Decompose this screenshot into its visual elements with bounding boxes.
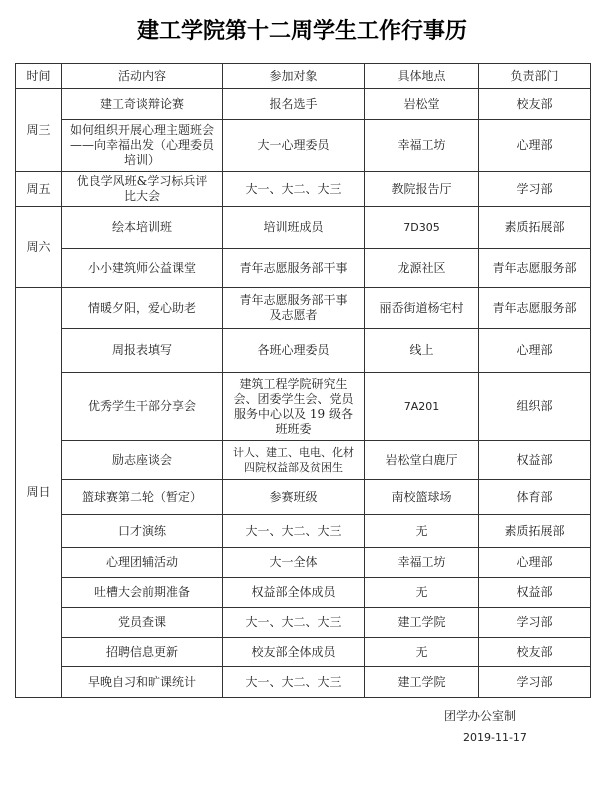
location-cell: 教院报告厅 [365, 172, 479, 207]
department-cell: 心理部 [479, 548, 591, 578]
table-row: 如何组织开展心理主题班会——向幸福出发（心理委员培训） 大一心理委员 幸福工坊 … [16, 120, 591, 172]
table-row: 口才演练 大一、大二、大三 无 素质拓展部 [16, 515, 591, 548]
location-cell: 丽岙街道杨宅村 [365, 288, 479, 329]
table-header-row: 时间 活动内容 参加对象 具体地点 负责部门 [16, 64, 591, 89]
table-row: 优秀学生干部分享会 建筑工程学院研究生会、团委学生会、党员服务中心以及 19 级… [16, 373, 591, 441]
table-row: 早晚自习和旷课统计 大一、大二、大三 建工学院 学习部 [16, 667, 591, 698]
participants-cell: 培训班成员 [223, 207, 365, 249]
department-cell: 权益部 [479, 441, 591, 480]
day-cell: 周五 [16, 172, 62, 207]
department-cell: 校友部 [479, 89, 591, 120]
day-cell: 周六 [16, 207, 62, 288]
participants-cell: 报名选手 [223, 89, 365, 120]
location-cell: 南校篮球场 [365, 480, 479, 515]
table-row: 党员查课 大一、大二、大三 建工学院 学习部 [16, 608, 591, 638]
participants-cell: 青年志愿服务部干事 [223, 249, 365, 288]
activity-cell: 口才演练 [62, 515, 223, 548]
day-cell: 周日 [16, 288, 62, 698]
participants-cell: 大一、大二、大三 [223, 608, 365, 638]
table-row: 周六 绘本培训班 培训班成员 7D305 素质拓展部 [16, 207, 591, 249]
participants-cell: 权益部全体成员 [223, 578, 365, 608]
location-cell: 幸福工坊 [365, 120, 479, 172]
issue-date: 2019-11-17 [463, 731, 527, 744]
participants-cell: 青年志愿服务部干事及志愿者 [223, 288, 365, 329]
activity-cell: 吐槽大会前期准备 [62, 578, 223, 608]
department-cell: 心理部 [479, 329, 591, 373]
participants-cell: 大一、大二、大三 [223, 515, 365, 548]
activity-cell: 篮球赛第二轮（暂定） [62, 480, 223, 515]
location-cell: 7A201 [365, 373, 479, 441]
participants-cell: 大一、大二、大三 [223, 172, 365, 207]
table-row: 周五 优良学风班&学习标兵评比大会 大一、大二、大三 教院报告厅 学习部 [16, 172, 591, 207]
participants-cell: 计人、建工、电电、化材四院权益部及贫困生 [223, 441, 365, 480]
participants-cell: 大一、大二、大三 [223, 667, 365, 698]
department-cell: 学习部 [479, 667, 591, 698]
department-cell: 体育部 [479, 480, 591, 515]
participants-cell: 校友部全体成员 [223, 638, 365, 667]
participants-cell: 建筑工程学院研究生会、团委学生会、党员服务中心以及 19 级各班班委 [223, 373, 365, 441]
location-cell: 建工学院 [365, 608, 479, 638]
activity-cell: 优良学风班&学习标兵评比大会 [62, 172, 223, 207]
activity-cell: 心理团辅活动 [62, 548, 223, 578]
location-cell: 无 [365, 638, 479, 667]
department-cell: 组织部 [479, 373, 591, 441]
header-activity: 活动内容 [62, 64, 223, 89]
department-cell: 青年志愿服务部 [479, 249, 591, 288]
activity-cell: 励志座谈会 [62, 441, 223, 480]
table-row: 周三 建工奇谈辩论赛 报名选手 岩松堂 校友部 [16, 89, 591, 120]
header-department: 负责部门 [479, 64, 591, 89]
activity-cell: 周报表填写 [62, 329, 223, 373]
table-row: 心理团辅活动 大一全体 幸福工坊 心理部 [16, 548, 591, 578]
activity-cell: 绘本培训班 [62, 207, 223, 249]
location-cell: 岩松堂 [365, 89, 479, 120]
header-participants: 参加对象 [223, 64, 365, 89]
table-row: 周报表填写 各班心理委员 线上 心理部 [16, 329, 591, 373]
department-cell: 学习部 [479, 608, 591, 638]
location-cell: 幸福工坊 [365, 548, 479, 578]
location-cell: 线上 [365, 329, 479, 373]
department-cell: 素质拓展部 [479, 207, 591, 249]
table-row: 篮球赛第二轮（暂定） 参赛班级 南校篮球场 体育部 [16, 480, 591, 515]
department-cell: 校友部 [479, 638, 591, 667]
table-row: 周日 情暖夕阳，爱心助老 青年志愿服务部干事及志愿者 丽岙街道杨宅村 青年志愿服… [16, 288, 591, 329]
header-time: 时间 [16, 64, 62, 89]
department-cell: 素质拓展部 [479, 515, 591, 548]
participants-cell: 大一全体 [223, 548, 365, 578]
day-cell: 周三 [16, 89, 62, 172]
location-cell: 岩松堂白鹿厅 [365, 441, 479, 480]
participants-cell: 各班心理委员 [223, 329, 365, 373]
department-cell: 权益部 [479, 578, 591, 608]
table-row: 小小建筑师公益课堂 青年志愿服务部干事 龙源社区 青年志愿服务部 [16, 249, 591, 288]
location-cell: 龙源社区 [365, 249, 479, 288]
activity-cell: 建工奇谈辩论赛 [62, 89, 223, 120]
activity-cell: 情暖夕阳，爱心助老 [62, 288, 223, 329]
participants-cell: 大一心理委员 [223, 120, 365, 172]
location-cell: 7D305 [365, 207, 479, 249]
participants-cell: 参赛班级 [223, 480, 365, 515]
location-cell: 无 [365, 515, 479, 548]
department-cell: 心理部 [479, 120, 591, 172]
activity-cell: 招聘信息更新 [62, 638, 223, 667]
schedule-table: 时间 活动内容 参加对象 具体地点 负责部门 周三 建工奇谈辩论赛 报名选手 岩… [15, 63, 591, 698]
activity-cell: 优秀学生干部分享会 [62, 373, 223, 441]
header-location: 具体地点 [365, 64, 479, 89]
page-title: 建工学院第十二周学生工作行事历 [0, 14, 604, 45]
location-cell: 建工学院 [365, 667, 479, 698]
issuer-label: 团学办公室制 [444, 707, 516, 724]
location-cell: 无 [365, 578, 479, 608]
activity-cell: 早晚自习和旷课统计 [62, 667, 223, 698]
table-row: 招聘信息更新 校友部全体成员 无 校友部 [16, 638, 591, 667]
activity-cell: 党员查课 [62, 608, 223, 638]
activity-cell: 小小建筑师公益课堂 [62, 249, 223, 288]
table-row: 励志座谈会 计人、建工、电电、化材四院权益部及贫困生 岩松堂白鹿厅 权益部 [16, 441, 591, 480]
department-cell: 青年志愿服务部 [479, 288, 591, 329]
activity-cell: 如何组织开展心理主题班会——向幸福出发（心理委员培训） [62, 120, 223, 172]
department-cell: 学习部 [479, 172, 591, 207]
table-row: 吐槽大会前期准备 权益部全体成员 无 权益部 [16, 578, 591, 608]
